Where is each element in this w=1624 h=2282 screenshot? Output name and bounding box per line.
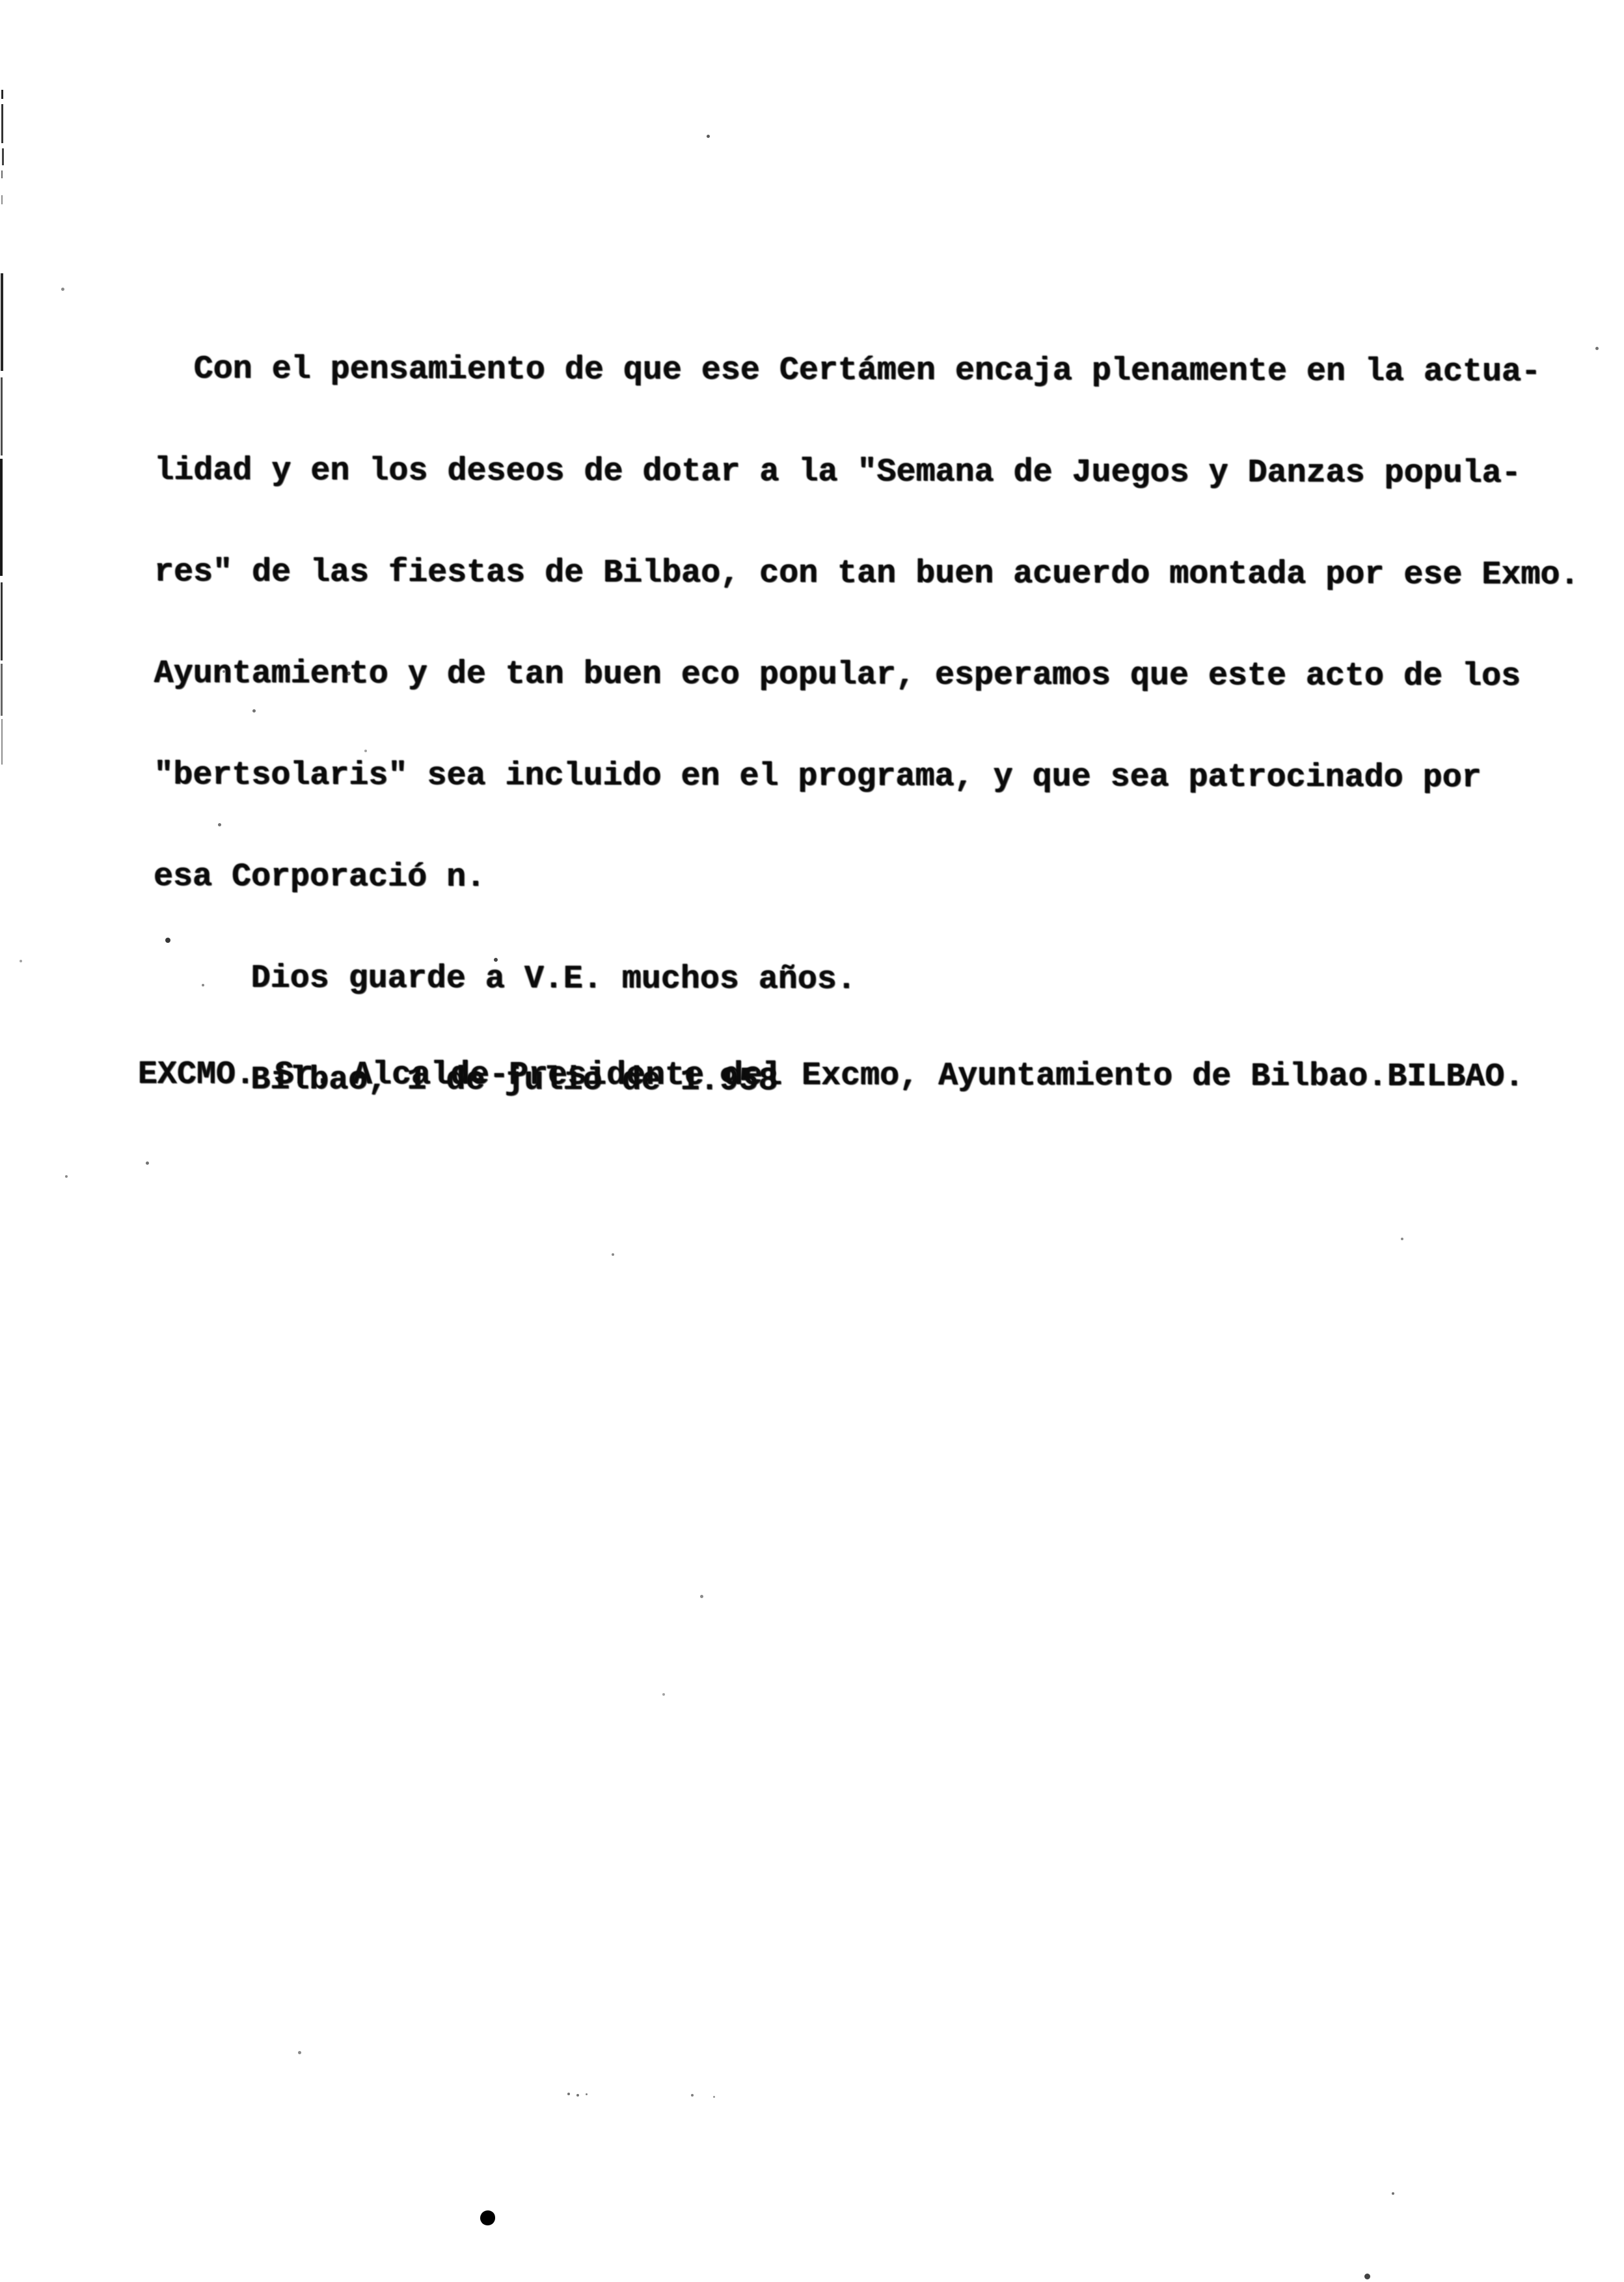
letter-body: Con el pensamiento de que ese Certámen e… [153,285,1580,1168]
scan-speck [662,1693,665,1696]
scan-edge-line-segment [1,273,3,371]
body-line: Con el pensamiento de que ese Certámen e… [155,353,1580,390]
scan-edge-line-segment [2,148,4,165]
scan-edge-line-segment [1,90,3,99]
scan-speck [1364,2274,1370,2279]
scan-speck [146,1161,149,1165]
scan-edge-line-segment [1,195,3,204]
addressee-line: EXCMO. Sr. Alcalde-Presidente del Excmo,… [138,1058,1524,1094]
body-line: Dios guarde a V.E. muchos años. [154,962,1578,999]
body-line: res" de las fiestas de Bilbao, con tan b… [154,556,1579,593]
scan-speck [1401,1238,1403,1240]
scan-speck [1595,347,1599,350]
scan-speck [691,2094,694,2097]
body-line: Ayuntamiento y de tan buen eco popular, … [154,657,1579,694]
scan-edge-line-segment [0,459,3,576]
scan-speck [1392,2192,1394,2195]
scan-speck [65,1175,68,1178]
scan-speck [20,960,22,962]
scan-edge-line-segment [1,582,3,660]
scan-edge-line-segment [1,377,3,455]
scan-speck [707,135,710,138]
ink-dot [480,2210,495,2225]
scanned-letter-page: Con el pensamiento de que ese Certámen e… [0,0,1624,2282]
body-line: lidad y en los deseos de dotar a la "Sem… [154,454,1579,491]
scan-edge-line-segment [1,170,3,178]
scan-speck [612,1253,614,1256]
scan-speck [586,2093,588,2095]
scan-edge-line-segment [1,719,3,765]
scan-speck [700,1595,703,1598]
scan-speck [61,288,64,291]
body-line: esa Corporació n. [154,860,1578,897]
scan-speck [713,2096,715,2098]
scan-edge-line-segment [1,104,3,143]
body-line: "bertsolaris" sea incluido en el program… [154,759,1578,796]
scan-speck [298,2051,301,2054]
scan-speck [576,2094,579,2097]
scan-speck [567,2093,570,2095]
scan-edge-line-segment [1,664,3,716]
